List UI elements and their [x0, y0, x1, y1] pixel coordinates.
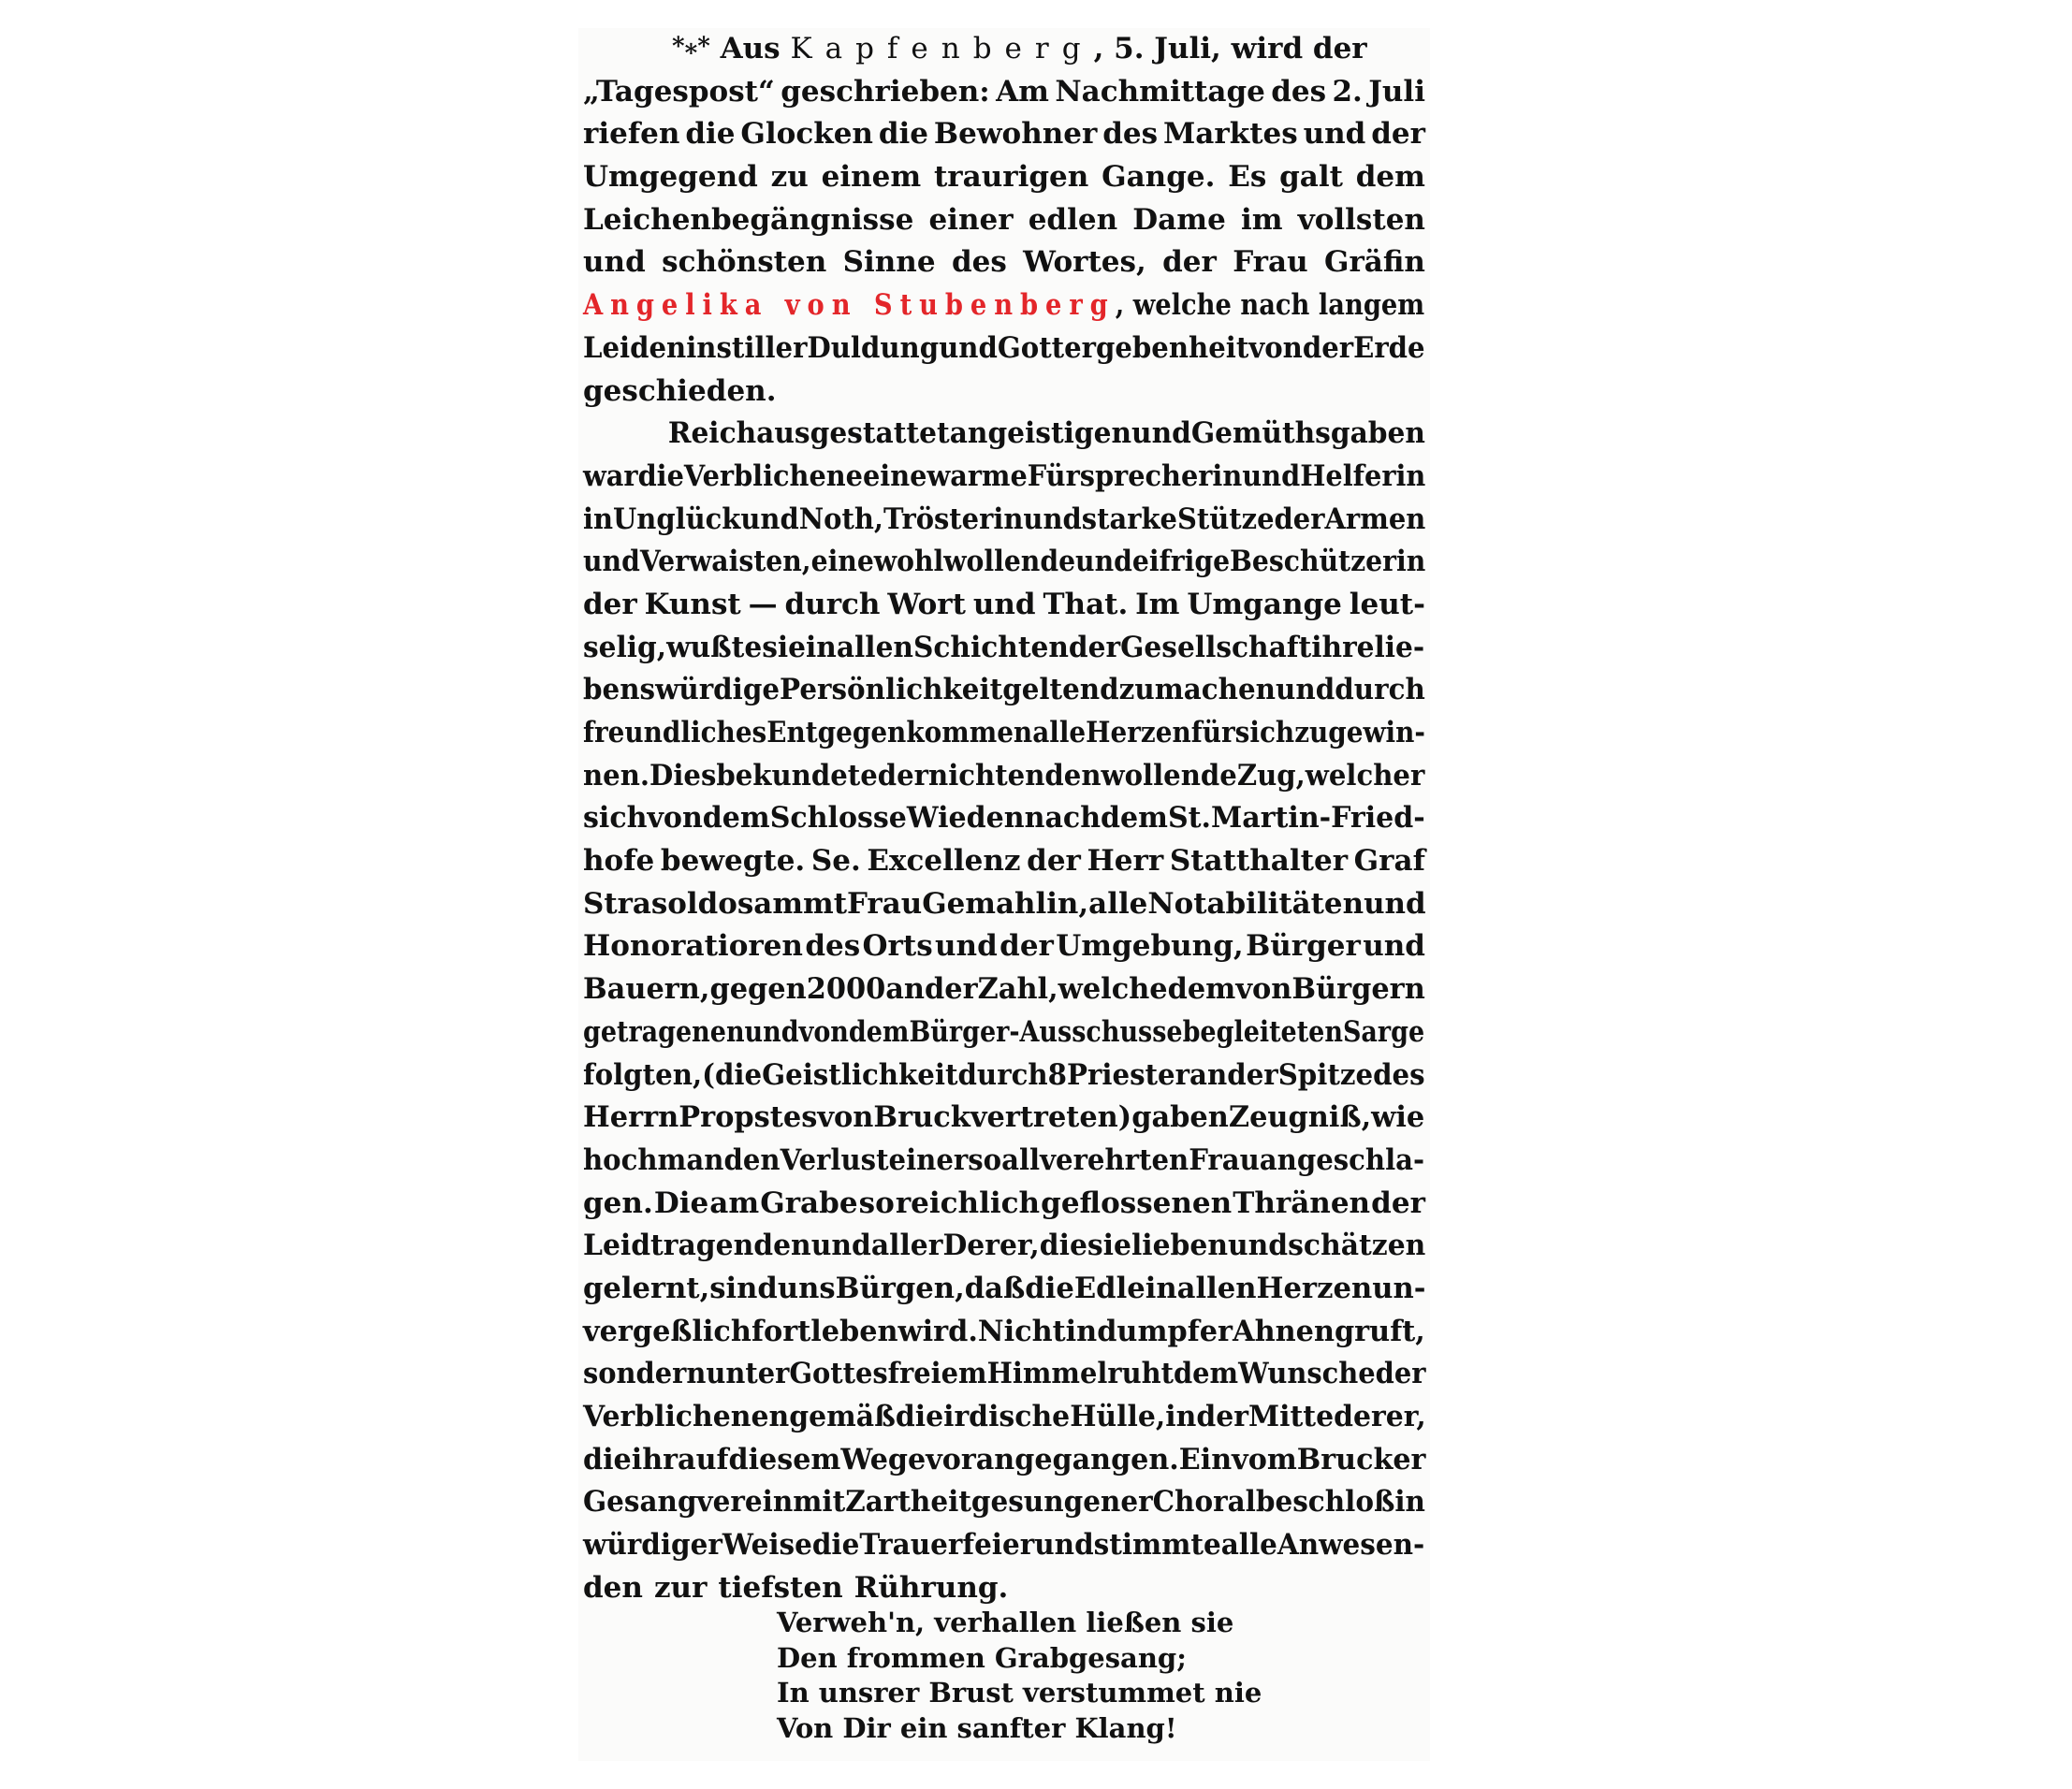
word: Die: [654, 1183, 708, 1226]
word: die: [638, 456, 684, 499]
word: Verblichenen: [583, 1396, 789, 1439]
word: gegen: [709, 968, 806, 1011]
word: dumpfer: [1097, 1311, 1233, 1354]
word: Sinne: [843, 241, 936, 284]
word: Umgegend: [583, 156, 758, 199]
text-line: undVerwaisten,einewohlwollendeundeifrige…: [583, 541, 1350, 584]
word: gen.: [583, 1183, 653, 1226]
word: einem: [822, 156, 922, 199]
word: vertreten): [970, 1097, 1131, 1140]
line-rest: , welche nach langem: [1116, 288, 1424, 322]
word: 2.: [1332, 71, 1362, 114]
word: Beschützerin: [1230, 541, 1425, 584]
word: stimmte: [1094, 1524, 1221, 1567]
word: stiller: [716, 327, 807, 371]
paragraph-1: „Tagespost“geschrieben:AmNachmittagedes2…: [583, 71, 1425, 284]
paragraph-1-end: LeideninstillerDuldungundGottergebenheit…: [583, 327, 1425, 413]
word: freiem: [888, 1353, 987, 1396]
word: Weise: [722, 1524, 812, 1567]
word: Fürsprecherin: [1028, 456, 1243, 499]
word: „Tagespost“: [583, 71, 775, 114]
word: der: [1371, 1183, 1425, 1226]
text-line: ReichausgestattetangeistigenundGemüthsga…: [583, 413, 1388, 456]
word: gaben: [1131, 1097, 1229, 1140]
word: getragenen: [583, 1011, 745, 1054]
word: Bürger-Ausschusse: [909, 1011, 1182, 1054]
word: Gesellschaft: [1120, 627, 1311, 670]
text-line: HerrnPropstesvonBruckvertreten)gabenZeug…: [583, 1097, 1409, 1140]
word: Leidtragenden: [583, 1225, 811, 1268]
word: der: [1000, 925, 1054, 968]
word: geltend: [1002, 669, 1118, 712]
word: Gemahlin,: [922, 883, 1088, 926]
word: tiefsten: [718, 1567, 842, 1610]
word: am: [709, 1183, 759, 1226]
word: Helferin: [1300, 456, 1425, 499]
word: Hülle,: [1070, 1396, 1165, 1439]
word: dem: [1174, 1353, 1238, 1396]
word: in: [1165, 1396, 1196, 1439]
word: Ahnengruft,: [1233, 1311, 1425, 1354]
word: Gräfin: [1324, 241, 1425, 284]
word: den: [583, 1567, 643, 1610]
word: und: [1075, 541, 1132, 584]
word: bekundete: [716, 755, 877, 798]
word: und: [935, 925, 998, 968]
word: edlen: [1029, 199, 1117, 242]
word: Bruck: [873, 1097, 970, 1140]
word: und: [1034, 1524, 1093, 1567]
word: alle: [1221, 1524, 1277, 1567]
word: Sarge: [1343, 1011, 1424, 1054]
word: Trösterin: [883, 499, 1023, 542]
word: Bauern,: [583, 968, 709, 1011]
text-line: HonoratiorendesOrtsundderUmgebung,Bürger…: [583, 925, 1425, 968]
word: Geistlichkeit: [762, 1054, 957, 1098]
text-line: denzurtiefstenRührung.: [583, 1567, 1425, 1610]
word: sondern: [583, 1353, 706, 1396]
word: Reich: [668, 413, 756, 456]
word: die: [812, 1524, 860, 1567]
text-line: UmgegendzueinemtraurigenGange.Esgaltdem: [583, 156, 1425, 199]
word: Unglück: [613, 499, 740, 542]
word: Nachmittage: [1055, 71, 1265, 114]
text-line: wardieVerblicheneeinewarmeFürsprecherinu…: [583, 456, 1364, 499]
word: und: [973, 584, 1036, 627]
asterism-icon: *⁎*: [672, 33, 710, 61]
word: Brucker: [1297, 1439, 1426, 1482]
word: riefen: [583, 113, 679, 156]
word: angeschla-: [1260, 1140, 1424, 1183]
word: der: [583, 584, 637, 627]
word: geflossenen: [1041, 1183, 1232, 1226]
word: einer: [928, 199, 1013, 242]
word: und: [1363, 925, 1425, 968]
word: Wunsche: [1238, 1353, 1376, 1396]
word: aller: [871, 1225, 943, 1268]
word: und: [1228, 1225, 1288, 1268]
word: sich: [583, 797, 647, 840]
word: der: [1196, 1396, 1248, 1439]
text-line: gelernt,sindunsBürgen,daßdieEdleinallenH…: [583, 1268, 1415, 1311]
text-line: LeidtragendenundallerDerer,diesieliebenu…: [583, 1225, 1393, 1268]
word: dem: [1168, 968, 1236, 1011]
word: Duldung: [807, 327, 939, 371]
text-line: vergeßlichfortlebenwird.NichtindumpferAh…: [583, 1311, 1407, 1354]
word: ihre: [1311, 627, 1374, 670]
word: dem: [703, 797, 770, 840]
word: auf: [678, 1439, 728, 1482]
word: allen: [837, 627, 913, 670]
text-line: hofebewegte.Se.ExcellenzderHerrStatthalt…: [583, 840, 1425, 883]
word: welcher: [1306, 755, 1425, 798]
word: Honoratioren: [583, 925, 803, 968]
word: gesungener: [971, 1481, 1153, 1524]
text-line: geschieden.: [583, 371, 1425, 414]
word: reichlich: [896, 1183, 1040, 1226]
word: welche: [1058, 968, 1168, 1011]
text-line: dieihraufdiesemWegevorangegangen.EinvomB…: [583, 1439, 1403, 1482]
word: Gesangverein: [583, 1481, 793, 1524]
word: allverehrten: [1001, 1140, 1189, 1183]
text-line: LeichenbegängnisseeineredlenDameimvollst…: [583, 199, 1425, 242]
text-line: „Tagespost“geschrieben:AmNachmittagedes2…: [583, 71, 1425, 114]
dateline-prefix: Aus: [721, 32, 781, 65]
word: der: [1303, 327, 1353, 371]
word: Frau: [1233, 241, 1307, 284]
word: Am: [996, 71, 1049, 114]
word: war: [583, 456, 638, 499]
word: Schichten: [913, 627, 1069, 670]
text-line: riefendieGlockendieBewohnerdesMarktesund…: [583, 113, 1425, 156]
word: 2000: [807, 968, 886, 1011]
text-line: VerblichenengemäßdieirdischeHülle,inderM…: [583, 1396, 1395, 1439]
word: Erde: [1353, 327, 1424, 371]
word: Entgegenkommen: [766, 712, 1032, 755]
word: Persönlichkeit: [780, 669, 1002, 712]
word: wird.: [898, 1311, 978, 1354]
word: Dies: [649, 755, 716, 798]
word: un-: [1372, 1268, 1425, 1311]
word: die: [583, 1439, 632, 1482]
word: hofe: [583, 840, 654, 883]
word: unter: [706, 1353, 789, 1396]
word: und: [1242, 456, 1300, 499]
text-line: freundlichesEntgegenkommenalleHerzenfürs…: [583, 712, 1340, 755]
word: Stütze: [1177, 499, 1275, 542]
text-line: getragenenundvondemBürger-Ausschussebegl…: [583, 1011, 1316, 1054]
word: Propstes: [679, 1097, 817, 1140]
word: freundliches: [583, 712, 766, 755]
word: und: [939, 327, 998, 371]
text-line: hochmandenVerlusteinersoallverehrtenFrau…: [583, 1140, 1375, 1183]
word: —: [749, 584, 778, 627]
word: von: [799, 1011, 849, 1054]
word: ausgestattet: [756, 413, 950, 456]
word: von: [1248, 327, 1303, 371]
word: Edle: [1074, 1268, 1145, 1311]
word: so: [859, 1183, 895, 1226]
word: Herzen: [1086, 712, 1191, 755]
word: wohlwollende: [874, 541, 1075, 584]
word: lieben: [1131, 1225, 1228, 1268]
word: wie: [1371, 1097, 1424, 1140]
text-line: LeideninstillerDuldungundGottergebenheit…: [583, 327, 1375, 371]
word: der: [1227, 1054, 1277, 1098]
word: alle: [1088, 883, 1147, 926]
word: sind: [709, 1268, 778, 1311]
word: ihr: [632, 1439, 678, 1482]
word: nen.: [583, 755, 649, 798]
word: zu: [1294, 712, 1328, 755]
word: Rührung.: [854, 1567, 1009, 1610]
word: Strasoldo: [583, 883, 737, 926]
word: Zartheit: [845, 1481, 971, 1524]
word: Kunst: [645, 584, 741, 627]
word: Armen: [1324, 499, 1425, 542]
text-line: selig,wußtesieinallenSchichtenderGesells…: [583, 627, 1388, 670]
word: Derer,: [942, 1225, 1039, 1268]
word: alle: [1032, 712, 1086, 755]
word: durch: [1335, 669, 1425, 712]
word: ruht: [1107, 1353, 1174, 1396]
word: und: [1023, 499, 1081, 542]
word: mit: [793, 1481, 845, 1524]
word: Marktes: [1163, 113, 1298, 156]
word: Bürgern: [1291, 968, 1424, 1011]
verse-line: Von Dir ein sanfter Klang!: [777, 1711, 1262, 1747]
word: der: [878, 755, 928, 798]
word: machen: [1155, 669, 1276, 712]
word: That.: [1043, 584, 1128, 627]
dateline-date: , 5. Juli, wird der: [1094, 32, 1367, 65]
word: des: [1102, 113, 1158, 156]
word: Ein: [1179, 1439, 1232, 1482]
word: selig,: [583, 627, 666, 670]
word: von: [647, 797, 702, 840]
word: Umgebung,: [1056, 925, 1243, 968]
word: sich: [1235, 712, 1295, 755]
word: man: [658, 1140, 724, 1183]
word: Gange.: [1102, 156, 1215, 199]
word: Bürgen,: [836, 1268, 965, 1311]
word: galt: [1279, 156, 1343, 199]
word: des: [805, 925, 860, 968]
word: Herzen: [1257, 1268, 1373, 1311]
word: dem: [1101, 797, 1168, 840]
word: Orts: [863, 925, 933, 968]
word: geschrieben:: [781, 71, 989, 114]
word: begleiteten: [1183, 1011, 1343, 1054]
word: daß: [965, 1268, 1026, 1311]
text-line: undschönstenSinnedesWortes,derFrauGräfin: [583, 241, 1425, 284]
word: Gottergebenheit: [998, 327, 1248, 371]
word: Im: [1135, 584, 1179, 627]
word: der: [1376, 1353, 1426, 1396]
text-line: würdigerWeisedieTrauerfeierundstimmteall…: [583, 1524, 1383, 1567]
dateline: *⁎* Aus Kapfenberg, 5. Juli, wird der: [583, 28, 1425, 71]
word: nicht: [928, 755, 1008, 798]
word: für: [1191, 712, 1235, 755]
word: und: [1131, 413, 1191, 456]
word: durch: [784, 584, 880, 627]
word: die: [879, 113, 928, 156]
word: würdiger: [583, 1524, 722, 1567]
word: benswürdige: [583, 669, 780, 712]
word: nach: [1025, 797, 1101, 840]
word: hoch: [583, 1140, 658, 1183]
word: Zeugniß,: [1229, 1097, 1371, 1140]
word: in: [806, 627, 837, 670]
word: Noth,: [799, 499, 883, 542]
word: sie: [1087, 1225, 1131, 1268]
word: in: [1066, 1311, 1098, 1354]
word: Bürger: [1246, 925, 1361, 968]
word: in: [686, 327, 716, 371]
word: Herrn: [583, 1097, 679, 1140]
word: in: [1394, 1481, 1425, 1524]
word: schätzen: [1288, 1225, 1425, 1268]
word: im: [1241, 199, 1283, 242]
word: Leiden: [583, 327, 686, 371]
text-line: folgten,(dieGeistlichkeitdurch8Priestera…: [583, 1054, 1378, 1098]
word: Verlust: [781, 1140, 889, 1183]
word: starke: [1082, 499, 1177, 542]
word: gemäß: [789, 1396, 896, 1439]
text-line: benswürdigePersönlichkeitgeltendzumachen…: [583, 669, 1380, 712]
word: Priester: [1067, 1054, 1189, 1098]
word: Spitze: [1278, 1054, 1373, 1098]
word: von: [817, 1097, 873, 1140]
word: Zahl,: [978, 968, 1058, 1011]
text-line: sichvondemSchlosseWiedennachdemSt.Martin…: [583, 797, 1399, 840]
word: in: [583, 499, 613, 542]
paragraph-2: ReichausgestattetangeistigenundGemüthsga…: [583, 413, 1425, 1609]
word: einer: [889, 1140, 969, 1183]
word: Umgange: [1187, 584, 1342, 627]
word: Martin-Fried-: [1211, 797, 1425, 840]
word: an: [1189, 1054, 1227, 1098]
word: eifrige: [1132, 541, 1230, 584]
word: wollende: [1102, 755, 1237, 798]
word: sie: [762, 627, 806, 670]
word: Zug,: [1237, 755, 1306, 798]
word: und: [1304, 113, 1366, 156]
word: und: [583, 541, 640, 584]
word: des: [1271, 71, 1326, 114]
word: allen: [1177, 1268, 1257, 1311]
word: Dame: [1132, 199, 1226, 242]
word: Grabe: [760, 1183, 857, 1226]
word: Es: [1228, 156, 1266, 199]
word: sammt: [737, 883, 847, 926]
text-line: GesangvereinmitZartheitgesungenerChoralb…: [583, 1481, 1383, 1524]
word: Leichenbegängnisse: [583, 199, 913, 242]
text-line: inUnglückundNoth,TrösterinundstarkeStütz…: [583, 499, 1370, 542]
word: wußte: [666, 627, 762, 670]
word: der: [1027, 840, 1081, 883]
word: die: [1040, 1225, 1087, 1268]
word: der: [925, 968, 978, 1011]
word: die: [685, 113, 735, 156]
dateline-place: Kapfenberg: [790, 32, 1093, 65]
word: lie-: [1375, 627, 1425, 670]
word: der: [1371, 113, 1425, 156]
word: leut-: [1350, 584, 1425, 627]
word: gewin-: [1328, 712, 1425, 755]
text-line: StrasoldosammtFrauGemahlin,alleNotabilit…: [583, 883, 1423, 926]
word: schönsten: [662, 241, 826, 284]
word: dem: [1356, 156, 1425, 199]
word: vollsten: [1298, 199, 1425, 242]
word: der: [1069, 627, 1120, 670]
word: zu: [1119, 669, 1155, 712]
word: zu: [771, 156, 809, 199]
word: Bewohner: [934, 113, 1097, 156]
text-line: gen.DieamGrabesoreichlichgeflossenenThrä…: [583, 1183, 1425, 1226]
word: Himmel: [987, 1353, 1108, 1396]
word: warme: [927, 456, 1027, 499]
word: des: [952, 241, 1007, 284]
word: Trauerfeier: [859, 1524, 1034, 1567]
word: fortleben: [751, 1311, 898, 1354]
word: den: [723, 1140, 780, 1183]
word: Herr: [1087, 840, 1164, 883]
word: Frau: [1189, 1140, 1260, 1183]
word: Juli: [1368, 71, 1425, 114]
word: folgten,: [583, 1054, 702, 1098]
word: Gemüthsgaben: [1191, 413, 1425, 456]
word: Anwesen-: [1277, 1524, 1424, 1567]
word: Verwaisten,: [640, 541, 811, 584]
word: so: [968, 1140, 1001, 1183]
word: die: [1025, 1268, 1074, 1311]
word: Wege: [840, 1439, 926, 1482]
word: bewegte.: [661, 840, 805, 883]
word: Wortes,: [1023, 241, 1146, 284]
word: an: [950, 413, 988, 456]
text-line: sondernunterGottesfreiemHimmelruhtdemWun…: [583, 1353, 1368, 1396]
verse-line: In unsrer Brust verstummet nie: [777, 1676, 1262, 1711]
word: an: [885, 968, 925, 1011]
word: vorangegangen.: [926, 1439, 1179, 1482]
word: des: [1373, 1054, 1425, 1098]
word: 8: [1048, 1054, 1067, 1098]
word: Wort: [887, 584, 966, 627]
word: eine: [811, 541, 874, 584]
text-line: nen.DiesbekundetedernichtendenwollendeZu…: [583, 755, 1375, 798]
word: irdische: [943, 1396, 1070, 1439]
highlighted-name: Angelika von Stubenberg: [583, 288, 1116, 322]
word: eine: [863, 456, 927, 499]
word: Thränen: [1233, 1183, 1370, 1226]
word: und: [811, 1225, 871, 1268]
word: in: [1145, 1268, 1177, 1311]
word: Frau: [847, 883, 922, 926]
word: durch: [957, 1054, 1047, 1098]
word: traurigen: [934, 156, 1088, 199]
poem-verse: Verweh'n, verhallen ließen sieDen fromme…: [777, 1606, 1262, 1747]
word: uns: [778, 1268, 836, 1311]
word: geschieden.: [583, 371, 777, 414]
word: Schlosse: [770, 797, 907, 840]
word: und: [740, 499, 798, 542]
word: diesem: [728, 1439, 840, 1482]
word: Excellenz: [867, 840, 1020, 883]
word: Verblichene: [684, 456, 863, 499]
word: Choral: [1153, 1481, 1256, 1524]
verse-line: Verweh'n, verhallen ließen sie: [777, 1606, 1262, 1641]
